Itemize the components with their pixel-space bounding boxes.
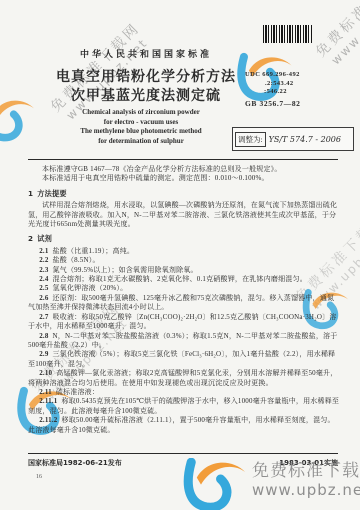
udc-line3: :546.22: [264, 88, 301, 97]
stamp-label: 调整为:: [235, 132, 266, 147]
barcode: [263, 25, 313, 43]
footer-divider: [28, 453, 338, 454]
watermark-bottom-right: 免费标准下载网 www.upbz.net: [252, 462, 360, 499]
udc-line1: UDC 669.296-492: [245, 71, 301, 80]
section-1-body: 试样用混合熔剂熔烧，用水浸取，以氢碘酸—次磷酸钠为还原剂，在氮气流下加热蒸馏出硫…: [28, 201, 340, 229]
header-divider: [28, 159, 338, 160]
reagent-item: 2.11.1称取0.5435克预先在105℃烘干的硫酸钾溶于水中，移入1000毫…: [28, 397, 340, 416]
watermark-site-name: 免费标准下载网: [252, 462, 360, 482]
intro-paragraph: 本标准适用于电真空用锆粉中硫量的测定。测定范围：0.010～0.100%。: [28, 174, 340, 183]
reagent-item: 2.1盐酸（比重1.19）；高纯。: [28, 247, 340, 256]
standard-org-title: 中华人民共和国国家标准: [0, 47, 292, 60]
reagent-item: 2.8N，N-二甲基对苯二胺盐酸盐溶液（0.3%）；称取1.5克N，N-二甲基对…: [28, 332, 340, 351]
reagent-item: 2.6还原剂：取500毫升氢碘酸、125毫升冰乙酸和75克次磷酸钠，混匀。移入蒸…: [28, 294, 340, 313]
reagent-item: 2.5氢氧化钾溶液（20%）。: [28, 284, 340, 293]
stamp-handwritten-value: YS/T 574.7 - 2006: [269, 135, 341, 144]
reagent-item: 2.11硫标准溶液：: [28, 388, 340, 397]
watermark-site-url: www.upbz.net: [252, 482, 360, 499]
page-number: 16: [36, 474, 42, 480]
title-en-line2: for electro - vacuum uses: [0, 118, 282, 128]
reagent-item: 2.9三氯化铁溶液（5%）；称取5克三氯化铁〔FeCl₃·6H₂O〕，加入1毫升…: [28, 350, 340, 369]
reagent-item: 2.10高锰酸钾—氯化汞溶液；称取2克高锰酸钾和5克氯化汞，分别用水溶解并稀释至…: [28, 369, 340, 388]
title-en-line1: Chemical analysis of zirconium powder: [0, 108, 282, 118]
intro-paragraph: 本标准遵守GB 1467—78《冶金产品化学分析方法标准的总则及一般规定》。: [28, 165, 340, 174]
adjustment-stamp: 调整为: YS/T 574.7 - 2006: [232, 127, 354, 151]
section-1-heading: 1方法提要: [28, 189, 340, 198]
gb-standard-code: GB 3256.7—82: [245, 100, 301, 109]
reagent-item: 2.3氮气（99.5%以上）；如含氧需用除氧剂除氧。: [28, 266, 340, 275]
section-2-heading: 2试剂: [28, 234, 340, 243]
reagent-item: 2.11.2移取50.00毫升硫标准溶液（2.11.1），置于500毫升容量瓶中…: [28, 416, 340, 435]
upbz-logo-icon: [180, 458, 250, 510]
reagent-item: 2.7吸收液：称取50克乙酸锌〔Zn(CH₃COO)₂·2H₂O〕和12.5克乙…: [28, 313, 340, 332]
reagent-item: 2.2盐酸（8.5N）。: [28, 256, 340, 265]
udc-block: UDC 669.296-492 .2:543.42 :546.22 GB 325…: [245, 71, 301, 108]
footer-issued-date: 国家标准局1982-06-21发布: [28, 458, 122, 468]
document-body: 本标准遵守GB 1467—78《冶金产品化学分析方法标准的总则及一般规定》。 本…: [28, 165, 340, 435]
udc-line2: .2:543.42: [265, 80, 301, 89]
